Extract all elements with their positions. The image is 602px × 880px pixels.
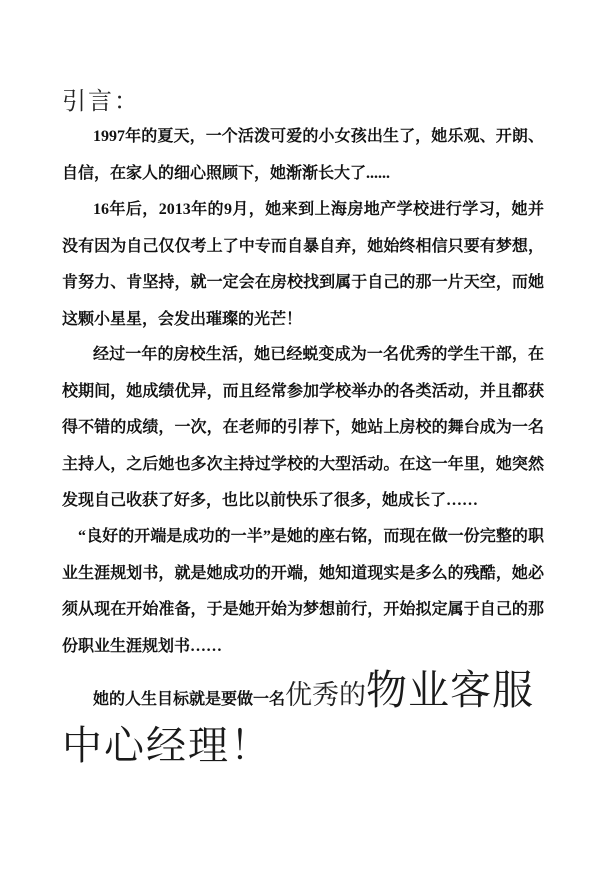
goal-text-small: 她的人生目标就是要做一名 [93,691,285,708]
document-page: 引言： 1997年的夏天，一个活泼可爱的小女孩出生了，她乐观、开朗、自信，在家人… [0,0,602,880]
paragraph-school-life: 经过一年的房校生活，她已经蜕变成为一名优秀的学生干部，在校期间，她成绩优异，而且… [62,337,544,520]
life-goal-statement: 她的人生目标就是要做一名优秀的物业客服 [62,662,552,728]
paragraph-career-plan: “良好的开端是成功的一半”是她的座右铭，而现在做一份完整的职业生涯规划书，就是她… [62,519,544,665]
goal-text-medium: 优秀的 [285,680,366,710]
goal-text-line2: 中心经理！ [62,722,272,770]
paragraph-school-entry: 16年后，2013年的9月，她来到上海房地产学校进行学习，她并没有因为自己仅仅考… [62,192,544,338]
paragraph-childhood: 1997年的夏天，一个活泼可爱的小女孩出生了，她乐观、开朗、自信，在家人的细心照… [62,119,544,192]
goal-text-large: 物业客服 [366,667,534,713]
introduction-heading: 引言： [62,86,140,116]
